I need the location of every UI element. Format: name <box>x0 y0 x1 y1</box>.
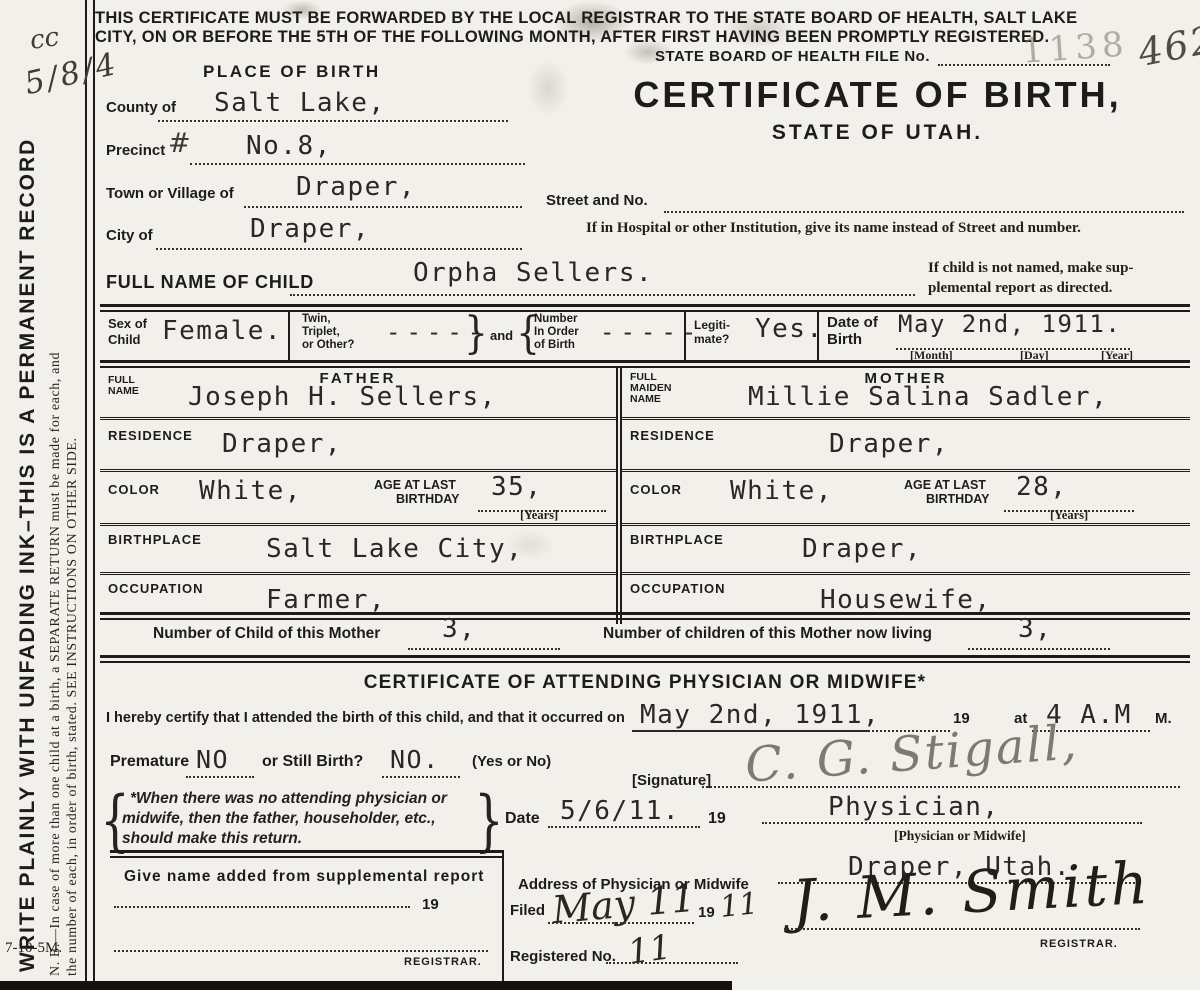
precinct-line <box>190 163 525 165</box>
twin-label-1: Twin, <box>302 313 331 325</box>
child-name-label: FULL NAME OF CHILD <box>106 272 314 293</box>
physician-heading: CERTIFICATE OF ATTENDING PHYSICIAN OR MI… <box>100 672 1190 694</box>
supplemental-box-top <box>110 850 502 858</box>
father-residence-label: RESIDENCE <box>108 428 193 443</box>
registrar-label: REGISTRAR. <box>1040 938 1118 950</box>
mother-color-row: COLOR White, AGE AT LAST BIRTHDAY 28, [Y… <box>622 472 1190 526</box>
father-color-label: COLOR <box>108 482 160 497</box>
supplemental-line2 <box>114 950 488 952</box>
father-color-value: White, <box>199 476 302 506</box>
street-label: Street and No. <box>546 192 648 209</box>
filed-line <box>548 922 694 924</box>
mother-birthplace-label: BIRTHPLACE <box>630 532 724 547</box>
birth-certificate-scan: WRITE PLAINLY WITH UNFADING INK–THIS IS … <box>0 0 1200 990</box>
physician-note-line1: *When there was no attending physician o… <box>130 790 447 808</box>
child-number-label: Number of Child of this Mother <box>153 625 380 643</box>
role-value: Physician, <box>828 792 1000 822</box>
scan-bottom-edge <box>0 981 732 990</box>
child-number-line <box>408 648 560 650</box>
twin-label-2: Triplet, <box>302 326 340 338</box>
precinct-value: No.8, <box>246 131 332 161</box>
role-line <box>762 822 1142 824</box>
supplemental-registrar-label: REGISTRAR. <box>404 956 482 968</box>
sex-row-divider-2 <box>684 310 686 360</box>
living-children-value: 3, <box>1018 614 1052 644</box>
stillbirth-label: or Still Birth? <box>262 753 363 771</box>
sidebar-note-line1: N. B.—In case of more than one child at … <box>47 352 64 976</box>
sidebar-warning: WRITE PLAINLY WITH UNFADING INK–THIS IS … <box>16 138 40 972</box>
premature-value: NO <box>196 745 229 774</box>
dob-label-2: Birth <box>827 331 862 348</box>
mother-residence-value: Draper, <box>829 429 949 459</box>
filed-year-handwritten: 11 <box>718 886 760 925</box>
hospital-note: If in Hospital or other Institution, giv… <box>586 220 1081 237</box>
mother-age-value: 28, <box>1016 472 1067 502</box>
sidebar-note-line2: the number of each, in order of birth, s… <box>64 352 81 976</box>
order-label-3: of Birth <box>534 339 575 351</box>
mother-color-value: White, <box>730 476 833 506</box>
signature-label: [Signature] <box>632 772 711 789</box>
precinct-hash: # <box>168 128 191 159</box>
premature-label: Premature <box>110 753 189 771</box>
county-line <box>158 120 508 122</box>
father-birthplace-row: BIRTHPLACE Salt Lake City, <box>100 526 616 575</box>
father-occupation-value: Farmer, <box>266 585 386 615</box>
registrar-signature-line <box>784 928 1140 930</box>
brace-close-glyph: } <box>464 308 488 359</box>
physician-note-line3: should make this return. <box>122 830 302 848</box>
file-no-label: STATE BOARD OF HEALTH FILE No. <box>655 48 930 65</box>
dob-label-1: Date of <box>827 314 878 331</box>
parents-table: FATHER FULL NAME Joseph H. Sellers, RESI… <box>100 368 1190 624</box>
certify-text: I hereby certify that I attended the bir… <box>106 710 625 726</box>
date-label: Date <box>505 810 540 828</box>
role-tag: [Physician or Midwife] <box>894 828 1026 844</box>
note-brace-close-glyph: } <box>474 782 503 859</box>
registered-no-label: Registered No. <box>510 948 616 965</box>
supplemental-line1 <box>114 906 410 908</box>
registered-no-value: 11 <box>625 927 673 973</box>
sidebar-note: N. B.—In case of more than one child at … <box>47 352 81 976</box>
father-residence-row: RESIDENCE Draper, <box>100 420 616 472</box>
supplemental-note-line2: plemental report as directed. <box>928 280 1112 297</box>
annotation-cc: cc <box>28 22 61 56</box>
order-label-1: Number <box>534 313 577 325</box>
rule-above-physician <box>100 655 1190 663</box>
mother-residence-label: RESIDENCE <box>630 428 715 443</box>
mother-occupation-value: Housewife, <box>820 585 992 615</box>
meridiem-label: M. <box>1155 710 1172 727</box>
date-year-prefix: 19 <box>708 810 726 828</box>
county-label: County of <box>106 99 176 116</box>
child-name-line <box>290 294 915 296</box>
mother-birthplace-row: BIRTHPLACE Draper, <box>622 526 1190 575</box>
forwarding-banner: THIS CERTIFICATE MUST BE FORWARDED BY TH… <box>95 9 1140 47</box>
father-name-row: FATHER FULL NAME Joseph H. Sellers, <box>100 368 616 420</box>
filed-label: Filed <box>510 902 545 919</box>
mother-age-label-1: AGE AT LAST <box>904 478 986 492</box>
filed-year-prefix: 19 <box>698 904 715 921</box>
town-label: Town or Village of <box>106 185 234 202</box>
father-column: FATHER FULL NAME Joseph H. Sellers, RESI… <box>100 368 616 624</box>
occurred-date-value: May 2nd, 1911, <box>640 700 880 730</box>
banner-line1: THIS CERTIFICATE MUST BE FORWARDED BY TH… <box>95 9 1140 28</box>
mother-name-row: MOTHER FULL MAIDEN NAME Millie Salina Sa… <box>622 368 1190 420</box>
county-value: Salt Lake, <box>214 88 386 118</box>
mother-color-label: COLOR <box>630 482 682 497</box>
stillbirth-line <box>382 776 460 778</box>
annotation-corner-number: 462 <box>1135 17 1200 75</box>
mother-name-label-3: NAME <box>630 393 661 405</box>
sex-label-1: Sex of <box>108 316 147 331</box>
supplemental-note-line1: If child is not named, make sup- <box>928 260 1133 277</box>
date-line <box>548 826 700 828</box>
mother-occupation-label: OCCUPATION <box>630 581 725 596</box>
city-value: Draper, <box>250 214 370 244</box>
dob-value: May 2nd, 1911. <box>898 310 1121 338</box>
registrar-signature: J. M. Smith <box>790 849 1152 936</box>
father-age-unit: [Years] <box>520 508 558 523</box>
supplemental-year: 19 <box>422 896 439 913</box>
certificate-subtitle: STATE OF UTAH. <box>570 121 1185 145</box>
legitimate-label-1: Legiti- <box>694 319 730 331</box>
supplemental-label: Give name added from supplemental report <box>124 868 484 886</box>
father-name-value: Joseph H. Sellers, <box>188 382 497 412</box>
mother-birthplace-value: Draper, <box>802 534 922 564</box>
father-birthplace-label: BIRTHPLACE <box>108 532 202 547</box>
mother-age-label-2: BIRTHDAY <box>926 492 989 506</box>
sex-row-divider-1 <box>288 310 290 360</box>
sex-value: Female. <box>162 316 282 346</box>
father-age-label-2: BIRTHDAY <box>396 492 459 506</box>
supplemental-box-right <box>502 850 504 988</box>
order-label-2: In Order <box>534 326 579 338</box>
child-number-value: 3, <box>442 614 476 644</box>
living-children-line <box>968 648 1110 650</box>
father-age-label-1: AGE AT LAST <box>374 478 456 492</box>
sex-label-2: Child <box>108 332 141 347</box>
stillbirth-value: NO. <box>390 745 440 774</box>
yes-no-label: (Yes or No) <box>472 753 551 770</box>
date-value: 5/6/11. <box>560 796 680 826</box>
order-value: ----- <box>600 318 702 346</box>
premature-line <box>186 776 254 778</box>
father-occupation-label: OCCUPATION <box>108 581 203 596</box>
father-color-row: COLOR White, AGE AT LAST BIRTHDAY 35, [Y… <box>100 472 616 526</box>
legitimate-value: Yes. <box>755 314 824 344</box>
mother-age-unit: [Years] <box>1050 508 1088 523</box>
left-margin-rule <box>85 0 95 990</box>
mother-column: MOTHER FULL MAIDEN NAME Millie Salina Sa… <box>622 368 1190 624</box>
father-residence-value: Draper, <box>222 429 342 459</box>
and-label: and <box>490 328 513 343</box>
city-line <box>156 248 522 250</box>
father-age-value: 35, <box>491 472 542 502</box>
mother-residence-row: RESIDENCE Draper, <box>622 420 1190 472</box>
father-name-label-2: NAME <box>108 385 139 397</box>
twin-label-3: or Other? <box>302 339 354 351</box>
child-name-value: Orpha Sellers. <box>413 258 653 288</box>
certificate-title: CERTIFICATE OF BIRTH, <box>570 74 1185 116</box>
signature-line <box>702 786 1180 788</box>
father-birthplace-value: Salt Lake City, <box>266 534 523 564</box>
form-code: 7-10-5M. <box>5 940 62 957</box>
street-line <box>664 211 1184 213</box>
mother-name-value: Millie Salina Sadler, <box>748 382 1108 412</box>
legitimate-label-2: mate? <box>694 333 729 345</box>
city-label: City of <box>106 227 153 244</box>
sex-row: Sex of Child Female. Twin, Triplet, or O… <box>100 310 1190 360</box>
file-no-stamp: 1138 <box>1021 24 1130 71</box>
living-children-label: Number of children of this Mother now li… <box>603 625 932 643</box>
registered-no-line <box>606 962 738 964</box>
sex-row-divider-3 <box>817 310 819 360</box>
physician-note-line2: midwife, then the father, householder, e… <box>122 810 436 828</box>
rule-above-parents <box>100 360 1190 368</box>
precinct-label: Precinct <box>106 142 165 159</box>
place-of-birth-heading: PLACE OF BIRTH <box>203 62 381 82</box>
town-line <box>244 206 522 208</box>
town-value: Draper, <box>296 172 416 202</box>
banner-line2: CITY, ON OR BEFORE THE 5TH OF THE FOLLOW… <box>95 28 1140 47</box>
